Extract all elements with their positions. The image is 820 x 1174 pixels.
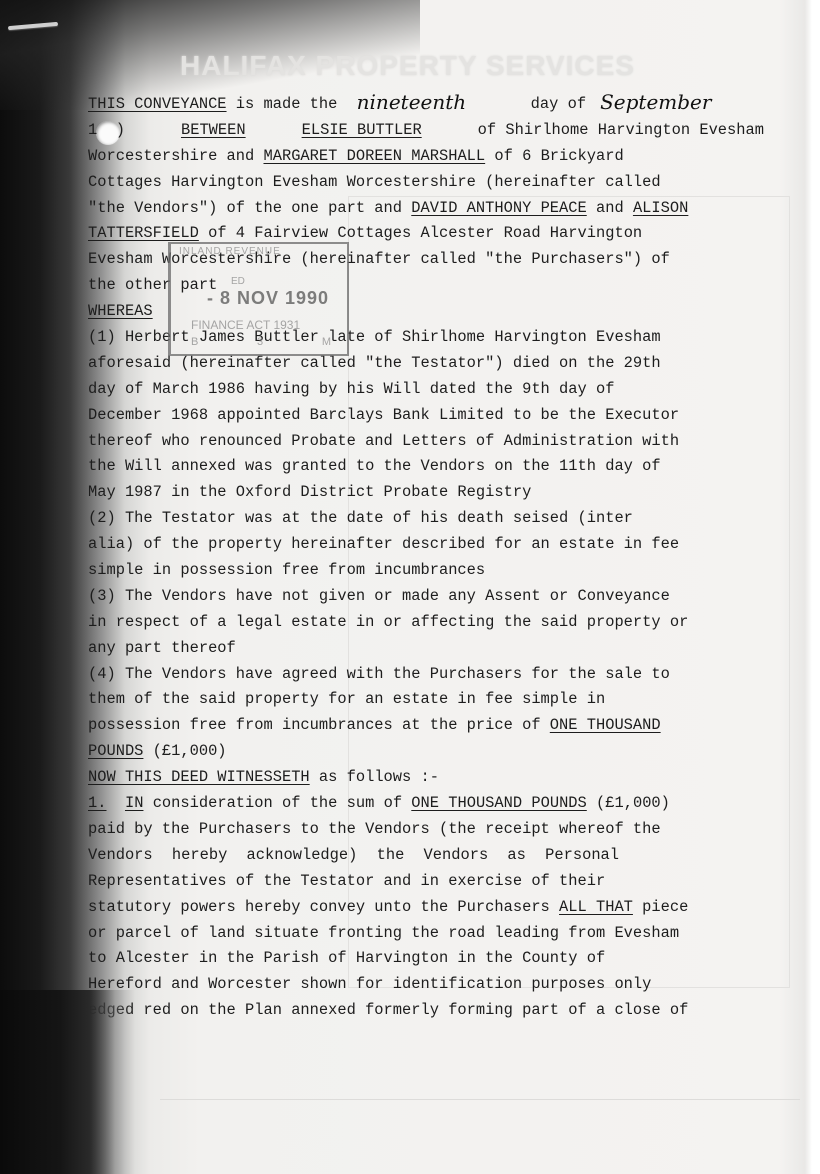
- text-line: simple in possession free from incumbran…: [88, 558, 764, 584]
- text-line: December 1968 appointed Barclays Bank Li…: [88, 403, 764, 429]
- witnesseth-heading: NOW THIS DEED WITNESSETH: [88, 765, 310, 791]
- show-through-rule: [160, 1099, 800, 1100]
- staple-mark: [8, 22, 58, 30]
- witnesseth-line: NOW THIS DEED WITNESSETH as follows :-: [88, 765, 764, 791]
- text-line: alia) of the property hereinafter descri…: [88, 532, 764, 558]
- text-line: 1 ) BETWEEN ELSIE BUTTLER of Shirlhome H…: [88, 118, 764, 144]
- text-line: Worcestershire and MARGARET DOREEN MARSH…: [88, 144, 764, 170]
- text-line: day of March 1986 having by his Will dat…: [88, 377, 764, 403]
- between-label: BETWEEN: [181, 118, 246, 144]
- text-line: to Alcester in the Parish of Harvington …: [88, 946, 764, 972]
- text-line: Cottages Harvington Evesham Worcestershi…: [88, 170, 764, 196]
- text-line: May 1987 in the Oxford District Probate …: [88, 480, 764, 506]
- handwritten-day: nineteenth: [357, 92, 507, 118]
- price-words: ONE THOUSAND POUNDS: [411, 791, 586, 817]
- text-line: any part thereof: [88, 636, 764, 662]
- text-line: statutory powers hereby convey unto the …: [88, 895, 764, 921]
- purchaser-name: DAVID ANTHONY PEACE: [411, 196, 586, 222]
- clause-1: 1. IN consideration of the sum of ONE TH…: [88, 791, 764, 1024]
- text-line: Hereford and Worcester shown for identif…: [88, 972, 764, 998]
- text-line: THIS CONVEYANCE is made the nineteenth d…: [88, 92, 764, 118]
- clause-number: 1.: [88, 791, 106, 817]
- vendor-name: ELSIE BUTTLER: [302, 118, 422, 144]
- letterhead-watermark: HALIFAX PROPERTY SERVICES: [180, 50, 680, 82]
- text-line: "the Vendors") of the one part and DAVID…: [88, 196, 764, 222]
- text-line: edged red on the Plan annexed formerly f…: [88, 998, 764, 1024]
- text-line: (2) The Testator was at the date of his …: [88, 506, 764, 532]
- conveyance-text: THIS CONVEYANCE is made the nineteenth d…: [88, 92, 764, 1024]
- recital-4: (4) The Vendors have agreed with the Pur…: [88, 662, 764, 766]
- text-line: (3) The Vendors have not given or made a…: [88, 584, 764, 610]
- text-line: paid by the Purchasers to the Vendors (t…: [88, 817, 764, 843]
- whereas-heading: WHEREAS: [88, 299, 153, 325]
- price-words: ONE THOUSAND: [550, 713, 661, 739]
- purchaser-name: ALISON: [633, 196, 688, 222]
- text-line: or parcel of land situate fronting the r…: [88, 921, 764, 947]
- text-line: the Will annexed was granted to the Vend…: [88, 454, 764, 480]
- text-line: in respect of a legal estate in or affec…: [88, 610, 764, 636]
- text-line: POUNDS (£1,000): [88, 739, 764, 765]
- vendor-name: MARGARET DOREEN MARSHALL: [263, 147, 485, 165]
- price-words: POUNDS: [88, 739, 143, 765]
- conveyance-title: THIS CONVEYANCE: [88, 92, 227, 118]
- text-line: Vendors hereby acknowledge) the Vendors …: [88, 843, 764, 869]
- inland-revenue-stamp: INLAND REVENUE ED - 8 NOV 1990 FINANCE A…: [168, 242, 349, 356]
- recital-3: (3) The Vendors have not given or made a…: [88, 584, 764, 662]
- all-that-words: ALL THAT: [559, 895, 633, 921]
- handwritten-month: September: [600, 92, 711, 118]
- stamp-date: - 8 NOV 1990: [207, 288, 329, 309]
- document-page: HALIFAX PROPERTY SERVICES THIS CONVEYANC…: [0, 0, 820, 1174]
- text-line: 1. IN consideration of the sum of ONE TH…: [88, 791, 764, 817]
- text-line: Representatives of the Testator and in e…: [88, 869, 764, 895]
- text-line: (4) The Vendors have agreed with the Pur…: [88, 662, 764, 688]
- text-line: possession free from incumbrances at the…: [88, 713, 764, 739]
- text-line: thereof who renounced Probate and Letter…: [88, 429, 764, 455]
- text-line: them of the said property for an estate …: [88, 687, 764, 713]
- recital-2: (2) The Testator was at the date of his …: [88, 506, 764, 584]
